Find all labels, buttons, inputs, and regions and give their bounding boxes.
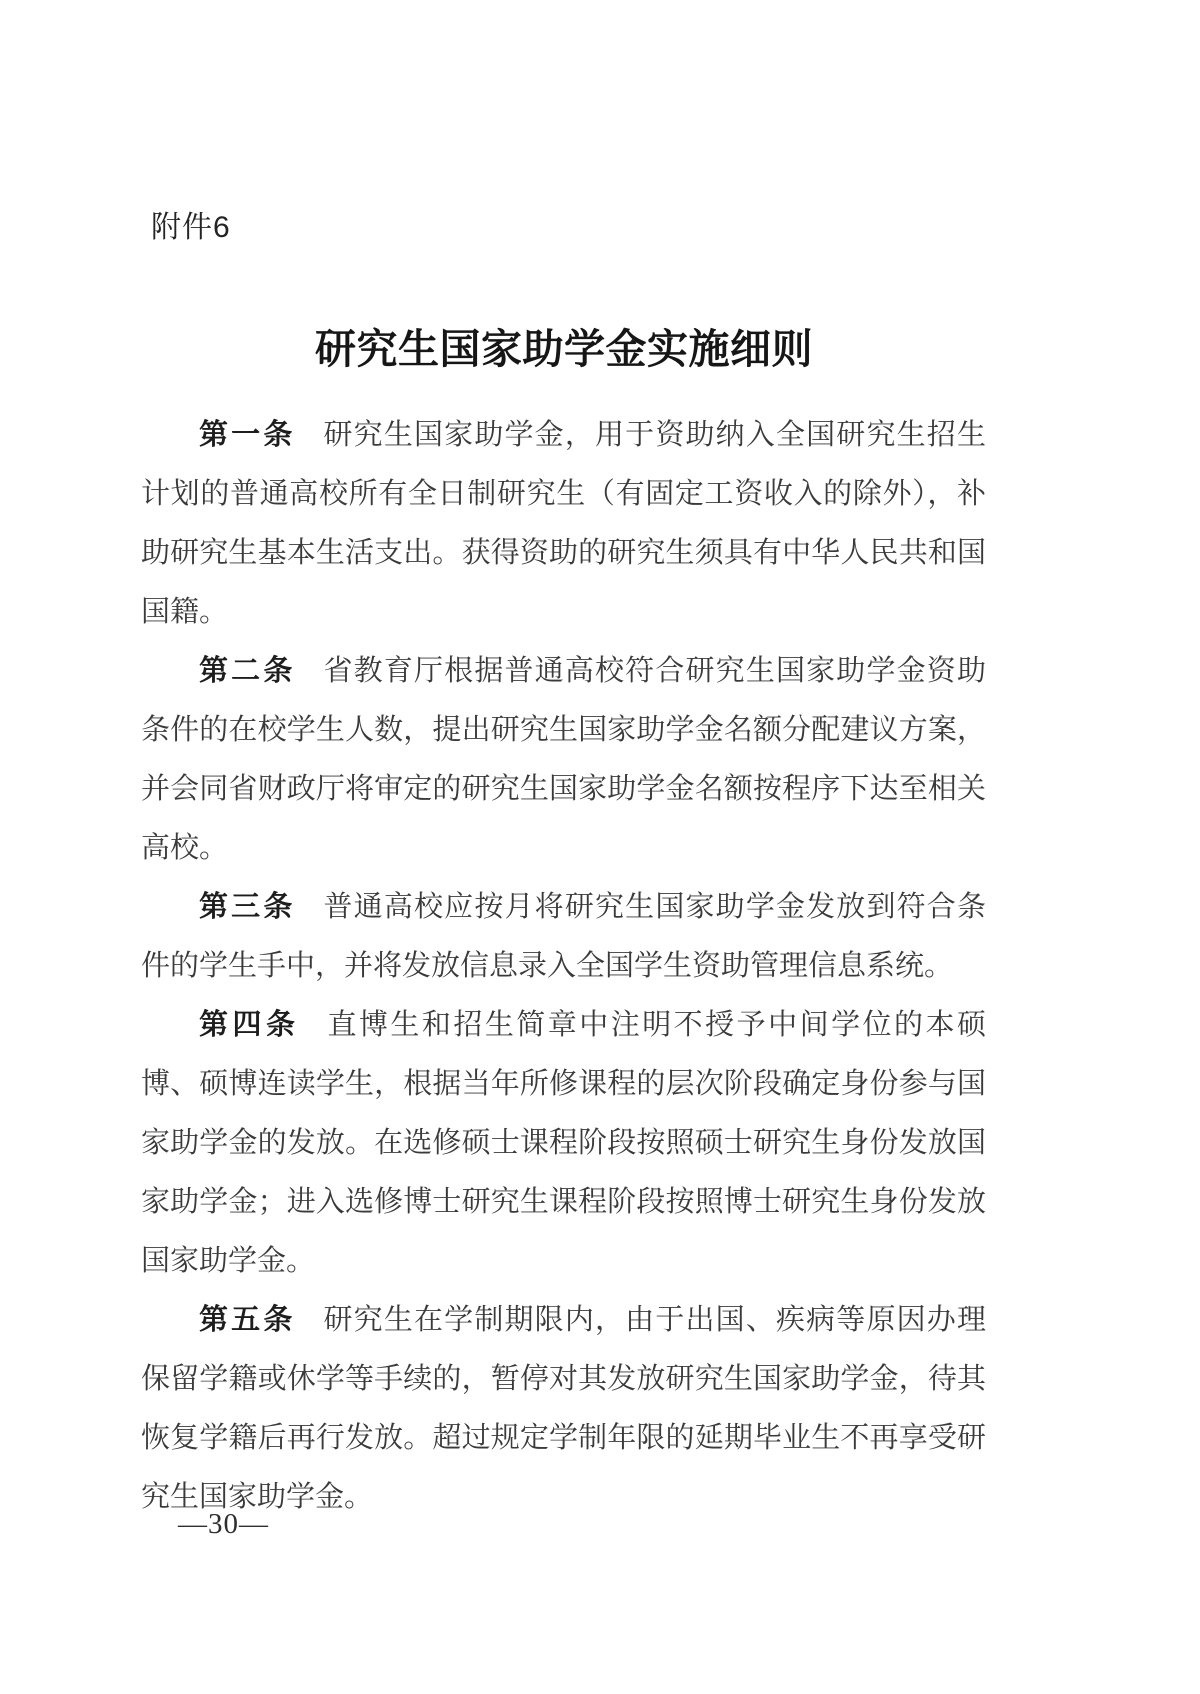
document-page: 附件6 研究生国家助学金实施细则 第一条研究生国家助学金，用于资助纳入全国研究生… xyxy=(0,0,1200,1694)
article-5-label: 第五条 xyxy=(199,1304,296,1336)
attachment-label: 附件6 xyxy=(151,202,231,246)
page-number: —30— xyxy=(178,1508,269,1541)
article-3: 第三条普通高校应按月将研究生国家助学金发放到符合条件的学生手中，并将发放信息录入… xyxy=(141,878,986,996)
article-1: 第一条研究生国家助学金，用于资助纳入全国研究生招生计划的普通高校所有全日制研究生… xyxy=(141,406,986,642)
document-title: 研究生国家助学金实施细则 xyxy=(140,316,988,375)
article-3-label: 第三条 xyxy=(199,891,296,923)
article-5: 第五条研究生在学制期限内，由于出国、疾病等原因办理保留学籍或休学等手续的，暂停对… xyxy=(141,1291,986,1527)
article-4: 第四条直博生和招生简章中注明不授予中间学位的本硕博、硕博连读学生，根据当年所修课… xyxy=(141,996,986,1291)
article-4-label: 第四条 xyxy=(199,1009,299,1041)
article-2-label: 第二条 xyxy=(199,655,296,687)
document-body: 第一条研究生国家助学金，用于资助纳入全国研究生招生计划的普通高校所有全日制研究生… xyxy=(141,406,986,1527)
article-2: 第二条省教育厅根据普通高校符合研究生国家助学金资助条件的在校学生人数，提出研究生… xyxy=(141,642,986,878)
article-4-text: 直博生和招生简章中注明不授予中间学位的本硕博、硕博连读学生，根据当年所修课程的层… xyxy=(141,1009,986,1277)
article-1-label: 第一条 xyxy=(199,419,296,451)
